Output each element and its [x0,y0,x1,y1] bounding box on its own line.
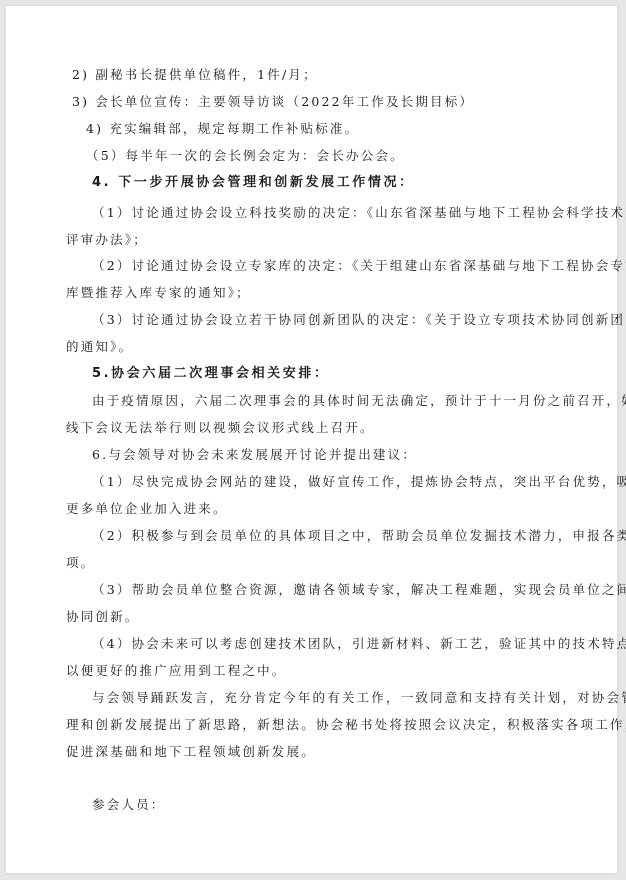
list-item-subsidiary-manuscripts: 2) 副秘书长提供单位稿件，1件/月； [72,67,318,83]
paragraph-item-1-line-1: （1）讨论通过协会设立科技奖励的决定：《山东省深基础与地下工程协会科学技术奖 [92,205,626,221]
paragraph-item-2-line-1: （2）讨论通过协会设立专家库的决定：《关于组建山东省深基础与地下工程协会专家 [92,258,626,274]
suggestion-3-line-1: （3）帮助会员单位整合资源，邀请各领域专家，解决工程难题，实现会员单位之间的 [92,582,626,598]
paragraph-item-3-line-1: （3）讨论通过协会设立若干协同创新团队的决定：《关于设立专项技术协同创新团队 [92,312,626,328]
paragraph-item-1-line-2: 评审办法》； [66,232,148,248]
suggestion-4-line-2: 以便更好的推广应用到工程之中。 [66,663,287,679]
section-heading-4: 4. 下一步开展协会管理和创新发展工作情况： [92,175,415,191]
list-item-editorial-dept: 4) 充实编辑部，规定每期工作补贴标准。 [86,121,359,137]
summary-line-1: 与会领导踊跃发言，充分肯定今年的有关工作，一致同意和支持有关计划，对协会管 [92,690,626,706]
list-item-president-publicity: 3) 会长单位宣传：主要领导访谈（2022年工作及长期目标） [72,94,474,110]
paragraph-item-3-line-2: 的通知》。 [66,339,133,355]
document-page: 2) 副秘书长提供单位稿件，1件/月； 3) 会长单位宣传：主要领导访谈（202… [6,6,617,873]
paragraph-item-2-line-2: 库暨推荐入库专家的通知》； [66,285,251,301]
summary-line-2: 理和创新发展提出了新思路，新想法。协会秘书处将按照会议决定，积极落实各项工作， [66,717,626,733]
paragraph-council-line-1: 由于疫情原因，六届二次理事会的具体时间无法确定，预计于十一月份之前召开，如 [92,393,626,409]
list-item-president-meeting: （5）每半年一次的会长例会定为：会长办公会。 [86,148,405,164]
suggestion-4-line-1: （4）协会未来可以考虑创建技术团队，引进新材料、新工艺，验证其中的技术特点， [92,636,626,652]
section-heading-5: 5.协会六届二次理事会相关安排： [92,366,330,382]
paragraph-council-line-2: 线下会议无法举行则以视频会议形式线上召开。 [66,420,375,436]
summary-line-3: 促进深基础和地下工程领域创新发展。 [66,744,316,760]
suggestion-1-line-1: （1）尽快完成协会网站的建设，做好宣传工作，提炼协会特点，突出平台优势，吸引 [92,474,626,490]
suggestion-2-line-2: 项。 [66,555,95,571]
section-heading-6: 6.与会领导对协会未来发展展开讨论并提出建议： [92,447,417,463]
attendees-label: 参会人员： [92,797,166,813]
suggestion-3-line-2: 协同创新。 [66,609,140,625]
suggestion-2-line-1: （2）积极参与到会员单位的具体项目之中，帮助会员单位发掘技术潜力，申报各类奖 [92,528,626,544]
suggestion-1-line-2: 更多单位企业加入进来。 [66,501,228,517]
